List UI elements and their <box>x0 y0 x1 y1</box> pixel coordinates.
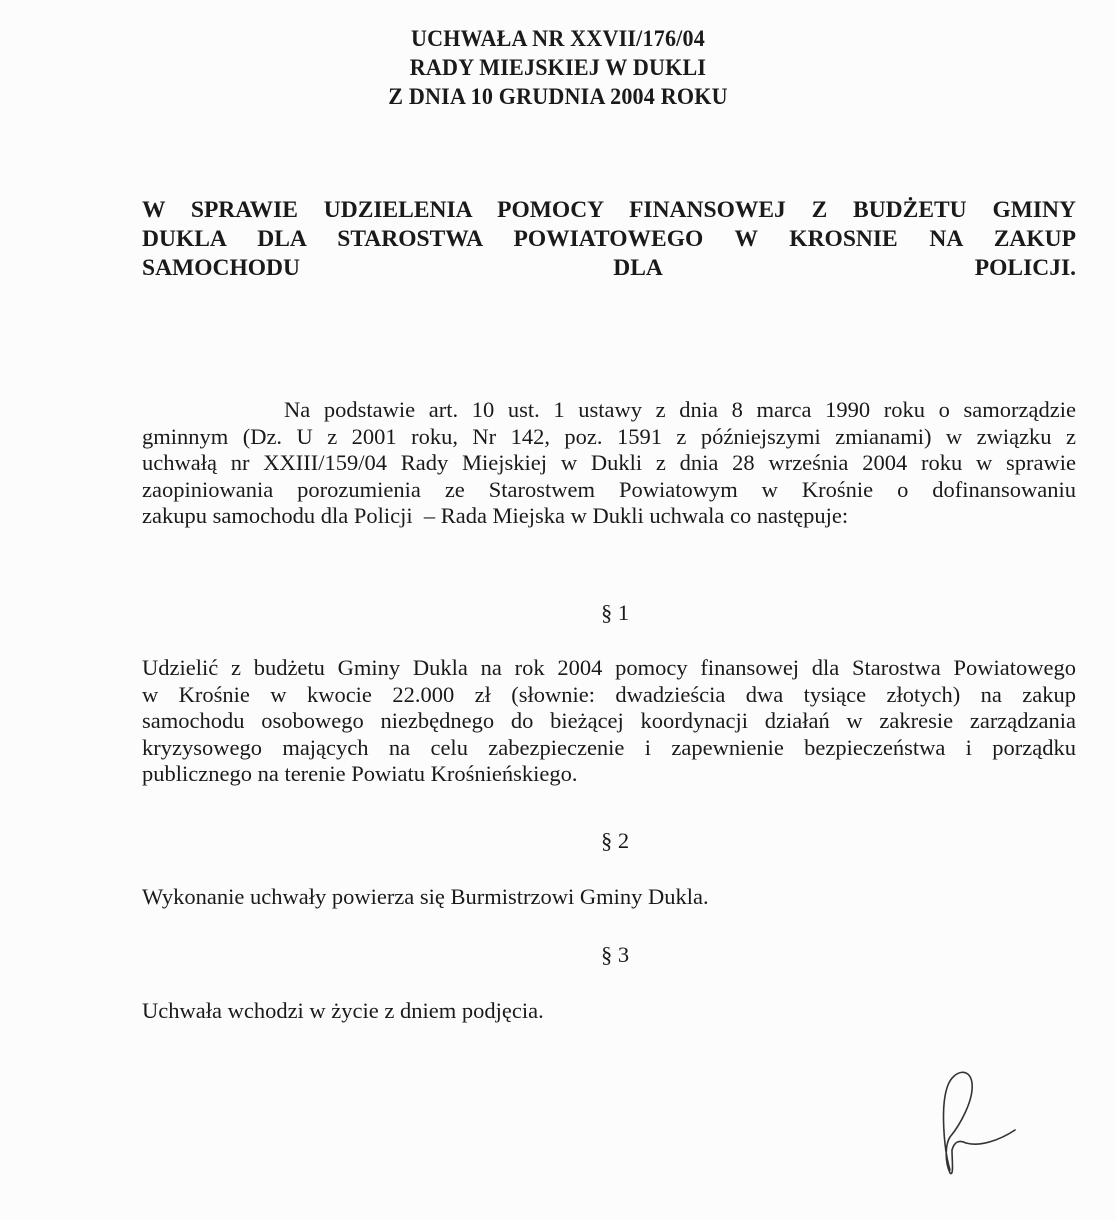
section-line: publicznego na terenie Powiatu Krośnieńs… <box>142 761 1076 788</box>
resolution-date: Z DNIA 10 GRUDNIA 2004 ROKU <box>22 82 1093 111</box>
section-line: samochodu osobowego niezbędnego do bieżą… <box>142 708 1076 735</box>
section-line: Wykonanie uchwały powierza się Burmistrz… <box>142 884 1076 911</box>
preamble-line: zakupu samochodu dla Policji – Rada Miej… <box>142 503 1076 530</box>
subject-line: SAMOCHODU DLA POLICJI. <box>142 254 1076 283</box>
section-line: Uchwała wchodzi w życie z dniem podjęcia… <box>142 998 1076 1025</box>
resolution-subject: W SPRAWIE UDZIELENIA POMOCY FINANSOWEJ Z… <box>142 196 1076 283</box>
section-3-text: Uchwała wchodzi w życie z dniem podjęcia… <box>142 998 1076 1025</box>
preamble-line: Na podstawie art. 10 ust. 1 ustawy z dni… <box>142 397 1076 424</box>
preamble-line: gminnym (Dz. U z 2001 roku, Nr 142, poz.… <box>142 424 1076 451</box>
resolution-number: UCHWAŁA NR XXVII/176/04 <box>22 24 1093 53</box>
section-1-text: Udzielić z budżetu Gminy Dukla na rok 20… <box>142 655 1076 788</box>
section-line: Udzielić z budżetu Gminy Dukla na rok 20… <box>142 655 1076 682</box>
preamble: Na podstawie art. 10 ust. 1 ustawy z dni… <box>142 397 1076 530</box>
subject-line: W SPRAWIE UDZIELENIA POMOCY FINANSOWEJ Z… <box>142 196 1076 225</box>
section-1-sign: § 1 <box>0 600 1116 626</box>
section-line: kryzysowego mających na celu zabezpiecze… <box>142 735 1076 762</box>
preamble-line: uchwałą nr XXIII/159/04 Rady Miejskiej w… <box>142 450 1076 477</box>
subject-line: DUKLA DLA STAROSTWA POWIATOWEGO W KROSNI… <box>142 225 1076 254</box>
preamble-line: zaopiniowania porozumienia ze Starostwem… <box>142 477 1076 504</box>
resolution-council: RADY MIEJSKIEJ W DUKLI <box>22 53 1093 82</box>
section-line: w Krośnie w kwocie 22.000 zł (słownie: d… <box>142 682 1076 709</box>
handwritten-signature-icon <box>930 1065 1070 1185</box>
document-page: UCHWAŁA NR XXVII/176/04 RADY MIEJSKIEJ W… <box>0 0 1116 1220</box>
resolution-header: UCHWAŁA NR XXVII/176/04 RADY MIEJSKIEJ W… <box>0 24 1116 111</box>
section-2-sign: § 2 <box>0 828 1116 854</box>
section-2-text: Wykonanie uchwały powierza się Burmistrz… <box>142 884 1076 911</box>
section-3-sign: § 3 <box>0 942 1116 968</box>
